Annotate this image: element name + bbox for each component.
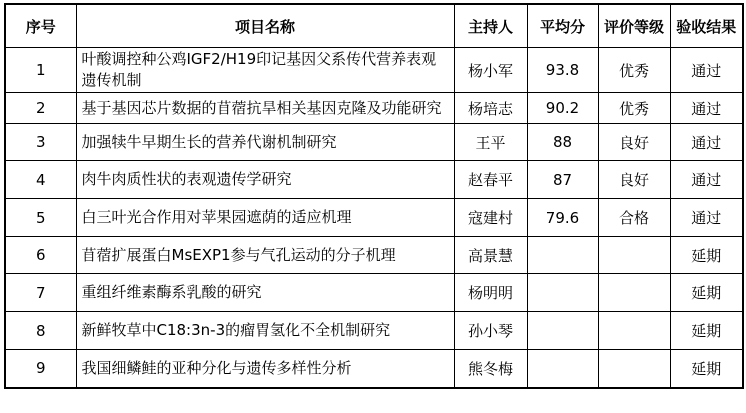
cell-leader: 高景慧 bbox=[454, 237, 527, 274]
cell-score bbox=[527, 274, 598, 312]
cell-grade: 优秀 bbox=[598, 93, 670, 124]
table-row: 1叶酸调控种公鸡IGF2/H19印记基因父系传代营养表观遗传机制杨小军93.8优… bbox=[5, 48, 743, 93]
cell-no: 8 bbox=[5, 312, 76, 350]
cell-result: 通过 bbox=[670, 124, 743, 161]
cell-score: 79.6 bbox=[527, 199, 598, 237]
table-row: 7重组纤维素酶系乳酸的研究杨明明延期 bbox=[5, 274, 743, 312]
cell-project: 苜蓿扩展蛋白MsEXP1参与气孔运动的分子机理 bbox=[76, 237, 454, 274]
cell-score bbox=[527, 237, 598, 274]
cell-result: 通过 bbox=[670, 93, 743, 124]
cell-result: 延期 bbox=[670, 312, 743, 350]
cell-result: 延期 bbox=[670, 237, 743, 274]
cell-leader: 赵春平 bbox=[454, 161, 527, 199]
cell-grade: 良好 bbox=[598, 124, 670, 161]
column-header-result: 验收结果 bbox=[670, 4, 743, 48]
table-row: 5白三叶光合作用对苹果园遮荫的适应机理寇建村79.6合格通过 bbox=[5, 199, 743, 237]
table-row: 3加强犊牛早期生长的营养代谢机制研究王平88良好通过 bbox=[5, 124, 743, 161]
column-header-project: 项目名称 bbox=[76, 4, 454, 48]
cell-project: 肉牛肉质性状的表观遗传学研究 bbox=[76, 161, 454, 199]
cell-project: 基于基因芯片数据的苜蓿抗旱相关基因克隆及功能研究 bbox=[76, 93, 454, 124]
column-header-no: 序号 bbox=[5, 4, 76, 48]
cell-leader: 熊冬梅 bbox=[454, 350, 527, 388]
table-row: 2基于基因芯片数据的苜蓿抗旱相关基因克隆及功能研究杨培志90.2优秀通过 bbox=[5, 93, 743, 124]
column-header-grade: 评价等级 bbox=[598, 4, 670, 48]
cell-grade bbox=[598, 312, 670, 350]
cell-result: 延期 bbox=[670, 274, 743, 312]
cell-score bbox=[527, 312, 598, 350]
cell-result: 通过 bbox=[670, 48, 743, 93]
cell-result: 通过 bbox=[670, 161, 743, 199]
cell-project: 我国细鳞鲑的亚种分化与遗传多样性分析 bbox=[76, 350, 454, 388]
cell-grade: 良好 bbox=[598, 161, 670, 199]
cell-no: 2 bbox=[5, 93, 76, 124]
table-row: 8新鲜牧草中C18:3n-3的瘤胃氢化不全机制研究孙小琴延期 bbox=[5, 312, 743, 350]
header-row: 序号项目名称主持人平均分评价等级验收结果 bbox=[5, 4, 743, 48]
cell-no: 5 bbox=[5, 199, 76, 237]
cell-grade bbox=[598, 237, 670, 274]
table-row: 4肉牛肉质性状的表观遗传学研究赵春平87良好通过 bbox=[5, 161, 743, 199]
cell-grade: 优秀 bbox=[598, 48, 670, 93]
cell-leader: 孙小琴 bbox=[454, 312, 527, 350]
cell-score: 87 bbox=[527, 161, 598, 199]
table-body: 1叶酸调控种公鸡IGF2/H19印记基因父系传代营养表观遗传机制杨小军93.8优… bbox=[5, 48, 743, 388]
cell-result: 延期 bbox=[670, 350, 743, 388]
table-row: 6苜蓿扩展蛋白MsEXP1参与气孔运动的分子机理高景慧延期 bbox=[5, 237, 743, 274]
cell-project: 白三叶光合作用对苹果园遮荫的适应机理 bbox=[76, 199, 454, 237]
project-acceptance-table: 序号项目名称主持人平均分评价等级验收结果 1叶酸调控种公鸡IGF2/H19印记基… bbox=[4, 3, 744, 389]
cell-project: 加强犊牛早期生长的营养代谢机制研究 bbox=[76, 124, 454, 161]
cell-no: 4 bbox=[5, 161, 76, 199]
cell-no: 7 bbox=[5, 274, 76, 312]
cell-score: 93.8 bbox=[527, 48, 598, 93]
cell-leader: 杨小军 bbox=[454, 48, 527, 93]
cell-project: 叶酸调控种公鸡IGF2/H19印记基因父系传代营养表观遗传机制 bbox=[76, 48, 454, 93]
cell-no: 9 bbox=[5, 350, 76, 388]
cell-project: 新鲜牧草中C18:3n-3的瘤胃氢化不全机制研究 bbox=[76, 312, 454, 350]
cell-score: 90.2 bbox=[527, 93, 598, 124]
cell-result: 通过 bbox=[670, 199, 743, 237]
cell-leader: 杨明明 bbox=[454, 274, 527, 312]
cell-leader: 寇建村 bbox=[454, 199, 527, 237]
cell-no: 3 bbox=[5, 124, 76, 161]
column-header-score: 平均分 bbox=[527, 4, 598, 48]
cell-grade bbox=[598, 350, 670, 388]
cell-score: 88 bbox=[527, 124, 598, 161]
cell-project: 重组纤维素酶系乳酸的研究 bbox=[76, 274, 454, 312]
cell-grade bbox=[598, 274, 670, 312]
cell-score bbox=[527, 350, 598, 388]
cell-grade: 合格 bbox=[598, 199, 670, 237]
column-header-leader: 主持人 bbox=[454, 4, 527, 48]
cell-leader: 杨培志 bbox=[454, 93, 527, 124]
cell-leader: 王平 bbox=[454, 124, 527, 161]
cell-no: 6 bbox=[5, 237, 76, 274]
cell-no: 1 bbox=[5, 48, 76, 93]
table-row: 9我国细鳞鲑的亚种分化与遗传多样性分析熊冬梅延期 bbox=[5, 350, 743, 388]
